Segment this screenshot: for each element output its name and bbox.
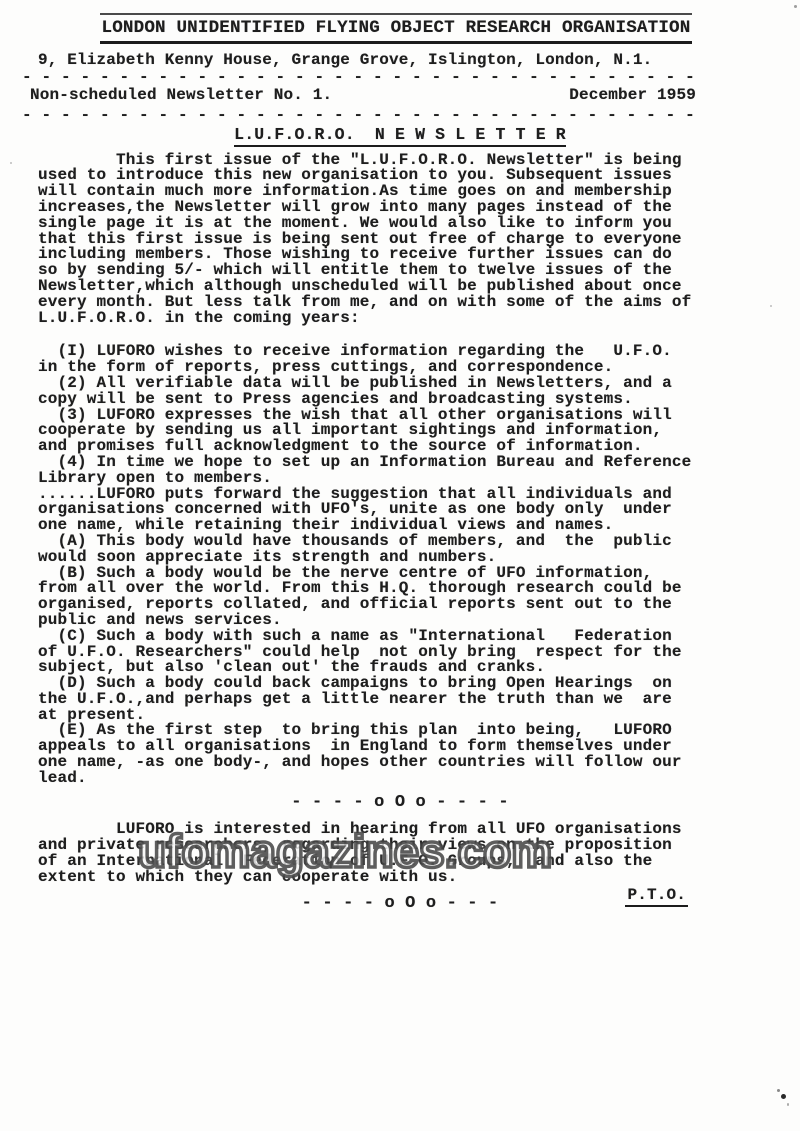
text-line: one name, -as one body-, and hopes other… — [38, 755, 800, 771]
scanned-newsletter-page: LONDON UNIDENTIFIED FLYING OBJECT RESEAR… — [0, 0, 800, 1131]
scan-speck — [770, 305, 772, 307]
scan-speck — [794, 5, 797, 8]
text-line: extent to which they can cooperate with … — [38, 870, 800, 886]
section-divider: - - - - o O o - - - - — [0, 795, 800, 811]
newsletter-title: L.U.F.O.R.O. N E W S L E T T E R — [0, 126, 800, 144]
intro-paragraph: This first issue of the "L.U.F.O.R.O. Ne… — [38, 153, 800, 327]
scan-speck — [777, 1089, 780, 1092]
scan-speck — [10, 162, 12, 164]
dashed-separator: - - - - - - - - - - - - - - - - - - - - … — [22, 108, 700, 123]
organisation-title: LONDON UNIDENTIFIED FLYING OBJECT RESEAR… — [100, 13, 692, 44]
aims-list: (I) LUFORO wishes to receive information… — [38, 344, 800, 786]
text-line: lead. — [38, 771, 800, 787]
closing-paragraph: LUFORO is interested in hearing from all… — [38, 822, 800, 885]
address-line: 9, Elizabeth Kenny House, Grange Grove, … — [38, 53, 800, 69]
dashed-separator: - - - - - - - - - - - - - - - - - - - - … — [22, 70, 700, 85]
text-line: the U.F.O.,and perhaps get a little near… — [38, 692, 800, 708]
issue-row: Non-scheduled Newsletter No. 1. December… — [30, 88, 696, 104]
text-line: L.U.F.O.R.O. in the coming years: — [38, 311, 800, 327]
scan-speck — [787, 1103, 789, 1106]
pto-label: P.T.O. — [625, 888, 688, 907]
issue-date: December 1959 — [569, 88, 696, 104]
issue-label: Non-scheduled Newsletter No. 1. — [30, 88, 332, 104]
scan-speck — [781, 1094, 786, 1099]
